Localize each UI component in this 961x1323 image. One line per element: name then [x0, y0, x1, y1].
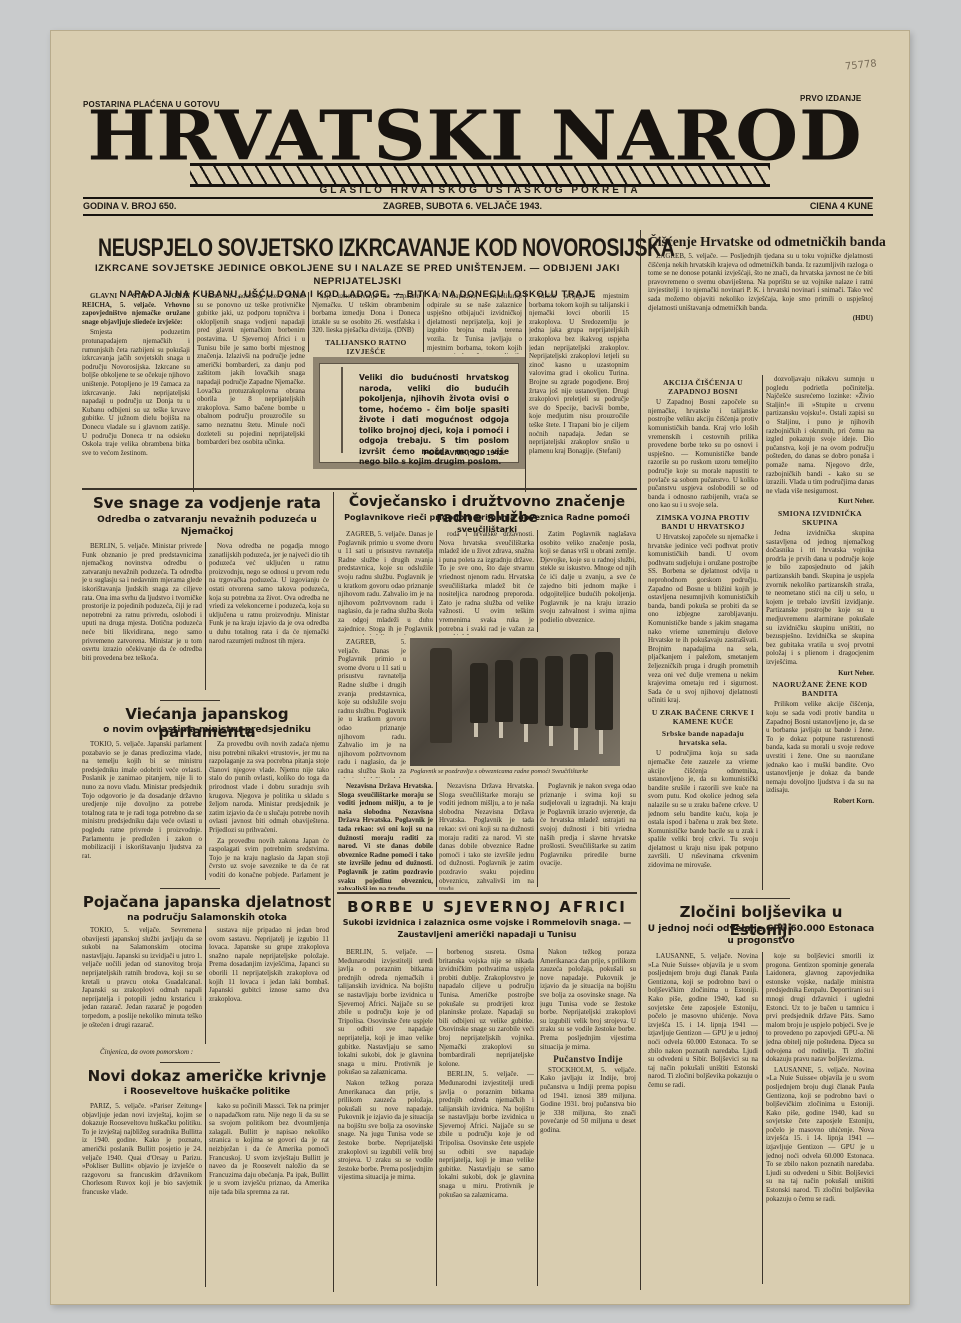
labor-col1-cont: ZAGREB, 5. veljače. Danas je Poglavnik p…	[338, 638, 406, 778]
africa-col2: borbenog susreta. Osma britanska vojska …	[439, 948, 534, 1068]
right-subcolumn-2: dozvoljavaju nikakvu sumnju u pogledu po…	[766, 375, 874, 890]
solomon-column-2: sustava nije pripadao ni jedan brod ovom…	[209, 926, 329, 1046]
labor-column-5: Nezavisna Država Hrvatska. Sloga sveučil…	[439, 782, 534, 890]
lead-col4-body: U Zapadnoj Tripolitaniji odpirale su se …	[427, 292, 522, 354]
sec5-body: Jedna izvidnička skupina sastavljena od …	[766, 529, 874, 667]
estonia-subhead: U jednoj noći odvela je GPU 60.000 Eston…	[646, 923, 876, 947]
solomon-note: Činjenica, da ovom pomorskom :	[100, 1048, 193, 1056]
labor-col5: Poglavnik je nakon svega odao priznanje …	[540, 782, 636, 868]
sec5-signature: Kurt Neher.	[766, 669, 874, 678]
labor-column-6: Poglavnik je nakon svega odao priznanje …	[540, 782, 636, 890]
masthead-ornament	[190, 163, 770, 187]
lead-column-1: GLAVNI STAN VODJE REICHA, 5. veljače. Vr…	[82, 292, 190, 492]
masthead-title: HRVATSKI NAROD	[80, 100, 870, 171]
sec2-title: ZIMSKA VOJNA PROTIV BANDI U HRVATSKOJ	[648, 514, 758, 531]
lead-col3-body: daje uznemirivanja na Zapadnu Njemačku. …	[312, 292, 420, 335]
labor-column-left-of-photo: ZAGREB, 5. veljače. Danas je Poglavnik p…	[338, 638, 406, 778]
right-intro-body: ZAGREB, 5. veljače. — Posljednjih tjedan…	[648, 252, 873, 312]
india-headline: Pučanstvo Indije	[540, 1055, 636, 1064]
lead-column-4: U Zapadnoj Tripolitaniji odpirale su se …	[427, 292, 522, 354]
solomon-col1: TOKIO, 5. veljače. Sevremena obavijesti …	[82, 926, 202, 1029]
ornament-cross-icon	[325, 367, 343, 453]
evidence-column-2: kako su počinili Massci. Tek na primjer …	[209, 1102, 329, 1292]
column-divider	[308, 292, 309, 352]
estonia-col2: koje su boljševici smorili iz progona. G…	[766, 952, 874, 1064]
labor-column-3: Zatim Poglavnik naglašava osobito veliko…	[540, 530, 636, 635]
column-divider	[436, 530, 437, 632]
short-rule	[160, 1062, 220, 1063]
labor-column-4: Nezavisna Država Hrvatska. Sloga sveučil…	[338, 782, 433, 890]
lead-deck-line-1: IZKRCANE SOVJETSKE JEDINICE OBKOLJENE SU…	[80, 262, 635, 288]
column-divider	[537, 782, 538, 887]
solomon-column-1: TOKIO, 5. veljače. Sevremena obavijesti …	[82, 926, 202, 1046]
column-divider	[525, 292, 526, 492]
sec4-body: dozvoljavaju nikakvu sumnju u pogledu po…	[766, 375, 874, 495]
column-divider	[537, 530, 538, 632]
africa-col1-cont: Nakon težkog poraza Amerikanaca dan prij…	[338, 1079, 433, 1182]
war-effort-column-2: Nova odredba ne pogadja mnogo zanatlijsk…	[209, 542, 329, 692]
labor-column-2: roda i hrvatske državnosti. Nova hrvatsk…	[439, 530, 534, 635]
war-effort-col2: Nova odredba ne pogadja mnogo zanatlijsk…	[209, 542, 329, 645]
africa-column-1: BERLIN, 5. veljače. — Međunarodni izvjes…	[338, 948, 433, 1288]
right-headline: Čišćenje Hrvatske od odmetničkih banda	[648, 234, 886, 250]
africa-col2-cont: BERLIN, 5. veljače. — Međunarodni izvjes…	[439, 1070, 534, 1199]
estonia-column-2: koje su boljševici smorili iz progona. G…	[766, 952, 874, 1287]
lead-column-2: Južno od Ladožkog jezera slomili su se p…	[197, 292, 305, 492]
sec2-body: U Hrvatskoj započele su njemačke i hrvat…	[648, 533, 758, 705]
japan-col1: TOKIO, 5. veljače. Japanski parlament po…	[82, 740, 202, 860]
sec3-sub: Srbske bande napadaju hrvatska sela.	[648, 730, 758, 747]
lead-column-3: daje uznemirivanja na Zapadnu Njemačku. …	[312, 292, 420, 354]
japan-parliament-column-1: TOKIO, 5. veljače. Japanski parlament po…	[82, 740, 202, 880]
poglavnik-quote-box: Veliki dio budućnosti hrvatskog naroda, …	[313, 357, 525, 469]
japan-parliament-subhead: o novim ovlastima ministru predsjedniku	[82, 724, 332, 736]
short-rule	[730, 898, 790, 899]
labor-col4: Nezavisna Država Hrvatska. Sloga sveučil…	[338, 782, 433, 890]
newspaper-page: 75778 POSTARINA PLAĆENA U GOTOVU PRVO IZ…	[50, 30, 910, 1305]
labor-col4-cont: Nezavisna Država Hrvatska. Sloga sveučil…	[439, 782, 534, 890]
estonia-column-1: LAUSANNE, 5. veljače. Novina »La Nuie Su…	[648, 952, 758, 1287]
masthead-subtitle: GLASILO HRVATSKOG USTAŠKOG POKRETA	[50, 185, 910, 196]
solomon-col2: sustava nije pripadao ni jedan brod ovom…	[209, 926, 329, 1003]
evidence-col2: kako su počinili Massci. Tek na primjer …	[209, 1102, 329, 1197]
labor-col3: Zatim Poglavnik naglašava osobito veliko…	[540, 530, 636, 625]
japan-col2: Za provedbu ovih novih zadaća njemu nisu…	[209, 740, 329, 835]
rule-bottom	[83, 214, 873, 216]
solomon-headline: Pojačana japanska djelatnost	[82, 893, 332, 911]
issue-number: GODINA V. BROJ 650.	[83, 201, 176, 211]
column-divider	[762, 952, 763, 1284]
africa-subhead: Sukobi izvidnica i zalaznica osme vojske…	[337, 917, 637, 941]
archive-mark: 75778	[845, 58, 878, 72]
war-effort-column-1: BERLIN, 5. veljače. Ministar privrede Fu…	[82, 542, 202, 692]
sec3-body: U područjima koja su sada njemačke čete …	[648, 749, 758, 869]
date-line: ZAGREB, SUBOTA 6. VELJAČE 1943.	[383, 201, 542, 211]
right-intro: ZAGREB, 5. veljače. — Posljednjih tjedan…	[648, 252, 873, 370]
section-rule	[82, 488, 637, 490]
evidence-col1: PARIZ, 5. veljače. »Pariser Zeitung« obj…	[82, 1102, 202, 1197]
rule-top	[83, 197, 873, 199]
price-label: CIENA 4 KUNE	[810, 201, 873, 211]
war-effort-headline: Sve snage za vodjenje rata	[82, 494, 332, 512]
evidence-column-1: PARIZ, 5. veljače. »Pariser Zeitung« obj…	[82, 1102, 202, 1292]
right-subcolumn-1: AKCIJA ČIŠĆENJA U ZAPADNOJ BOSNI U Zapad…	[648, 375, 758, 890]
poglavnik-photo	[410, 638, 620, 766]
column-divider	[436, 782, 437, 887]
column-divider	[537, 948, 538, 1286]
column-divider	[762, 375, 763, 890]
japan-parliament-column-2: Za provedbu ovih novih zadaća njemu nisu…	[209, 740, 329, 880]
section-rule	[337, 892, 637, 894]
evidence-subhead: i Rooseveltove huškačke politike	[82, 1086, 332, 1098]
india-body: STOCKHOLM, 5. veljače. Kako javljaju iz …	[540, 1066, 636, 1135]
column-divider	[423, 292, 424, 352]
lead-col1-body: Smjesta poduzetim protunapadajem njemačk…	[82, 328, 190, 457]
column-divider	[333, 492, 334, 1292]
dateline-bar: GODINA V. BROJ 650. ZAGREB, SUBOTA 6. VE…	[83, 200, 873, 214]
war-effort-col1: BERLIN, 5. veljače. Ministar privrede Fu…	[82, 542, 202, 662]
africa-column-2: borbenog susreta. Osma britanska vojska …	[439, 948, 534, 1288]
sec1-title: AKCIJA ČIŠĆENJA U ZAPADNOJ BOSNI	[648, 379, 758, 396]
labor-col1: ZAGREB, 5. veljače. Danas je Poglavnik p…	[338, 530, 433, 635]
solomon-subhead: na području Salamonskih otoka	[82, 912, 332, 924]
africa-column-3: Nakon težkog poraza Amerikanaca dan prij…	[540, 948, 636, 1288]
sec6-signature: Robert Korn.	[766, 797, 874, 806]
lead-col2-body: Južno od Ladožkog jezera slomili su se p…	[197, 292, 305, 447]
sec1-body: U Zapadnoj Bosni započele su njemačke, h…	[648, 398, 758, 510]
short-rule	[160, 888, 220, 889]
quote-signature: POGLAVNIK, 8. I. 1942.	[423, 448, 505, 457]
africa-headline: BORBE U SJEVERNOJ AFRICI	[337, 898, 637, 916]
right-intro-source: (HDU)	[648, 314, 873, 323]
right-column-divider	[640, 230, 641, 1290]
sec4-signature: Kurt Neher.	[766, 497, 874, 506]
column-divider	[205, 926, 206, 1044]
sec6-title: NAORUŽANE ŽENE KOD BANDITA	[766, 681, 874, 698]
japan-col3: Za provedbu novih zakona Japan će raspol…	[209, 837, 329, 880]
photo-caption: Poglavnik se pozdravlja s obveznicama ra…	[410, 768, 620, 775]
estonia-col2-cont: LAUSANNE, 5. veljače. Novina »La Nuie Su…	[766, 1066, 874, 1204]
labor-col2: roda i hrvatske državnosti. Nova hrvatsk…	[439, 530, 534, 635]
column-divider	[193, 292, 194, 492]
evidence-headline: Novi dokaz američke krivnje	[82, 1067, 332, 1085]
short-rule	[160, 700, 220, 701]
lead-headline: NEUSPJELO SOVJETSKO IZKRCAVANJE KOD NOVO…	[98, 234, 675, 263]
column-divider	[205, 542, 206, 690]
lead-col1-intro: GLAVNI STAN VODJE REICHA, 5. veljače. Vr…	[82, 292, 190, 326]
africa-col3: Nakon težkog poraza Amerikanaca dan prij…	[540, 948, 636, 1051]
war-effort-subhead: Odredba o zatvaranju nevažnih poduzeća u…	[82, 514, 332, 538]
labor-column-1: ZAGREB, 5. veljače. Danas je Poglavnik p…	[338, 530, 433, 635]
column-divider	[205, 1102, 206, 1287]
sec3-title: U ZRAK BAČENE CRKVE I KAMENE KUĆE	[648, 709, 758, 726]
africa-col1: BERLIN, 5. veljače. — Međunarodni izvjes…	[338, 948, 433, 1077]
sec5-title: SMIONA IZVIDNIČKA SKUPINA	[766, 510, 874, 527]
estonia-col1: LAUSANNE, 5. veljače. Novina »La Nuie Su…	[648, 952, 758, 1090]
lead-column-5: Tunisa javljaju o mjestnim borbama tokom…	[529, 292, 629, 492]
sec6-body: Prilikom velike akcije čišćenja, koju se…	[766, 700, 874, 795]
lead-col5-body: Tunisa javljaju o mjestnim borbama tokom…	[529, 292, 629, 455]
lead-col3-subhead: TALIJANSKO RATNO IZVJEŠĆE	[312, 339, 420, 354]
column-divider	[436, 948, 437, 1286]
column-divider	[205, 740, 206, 880]
